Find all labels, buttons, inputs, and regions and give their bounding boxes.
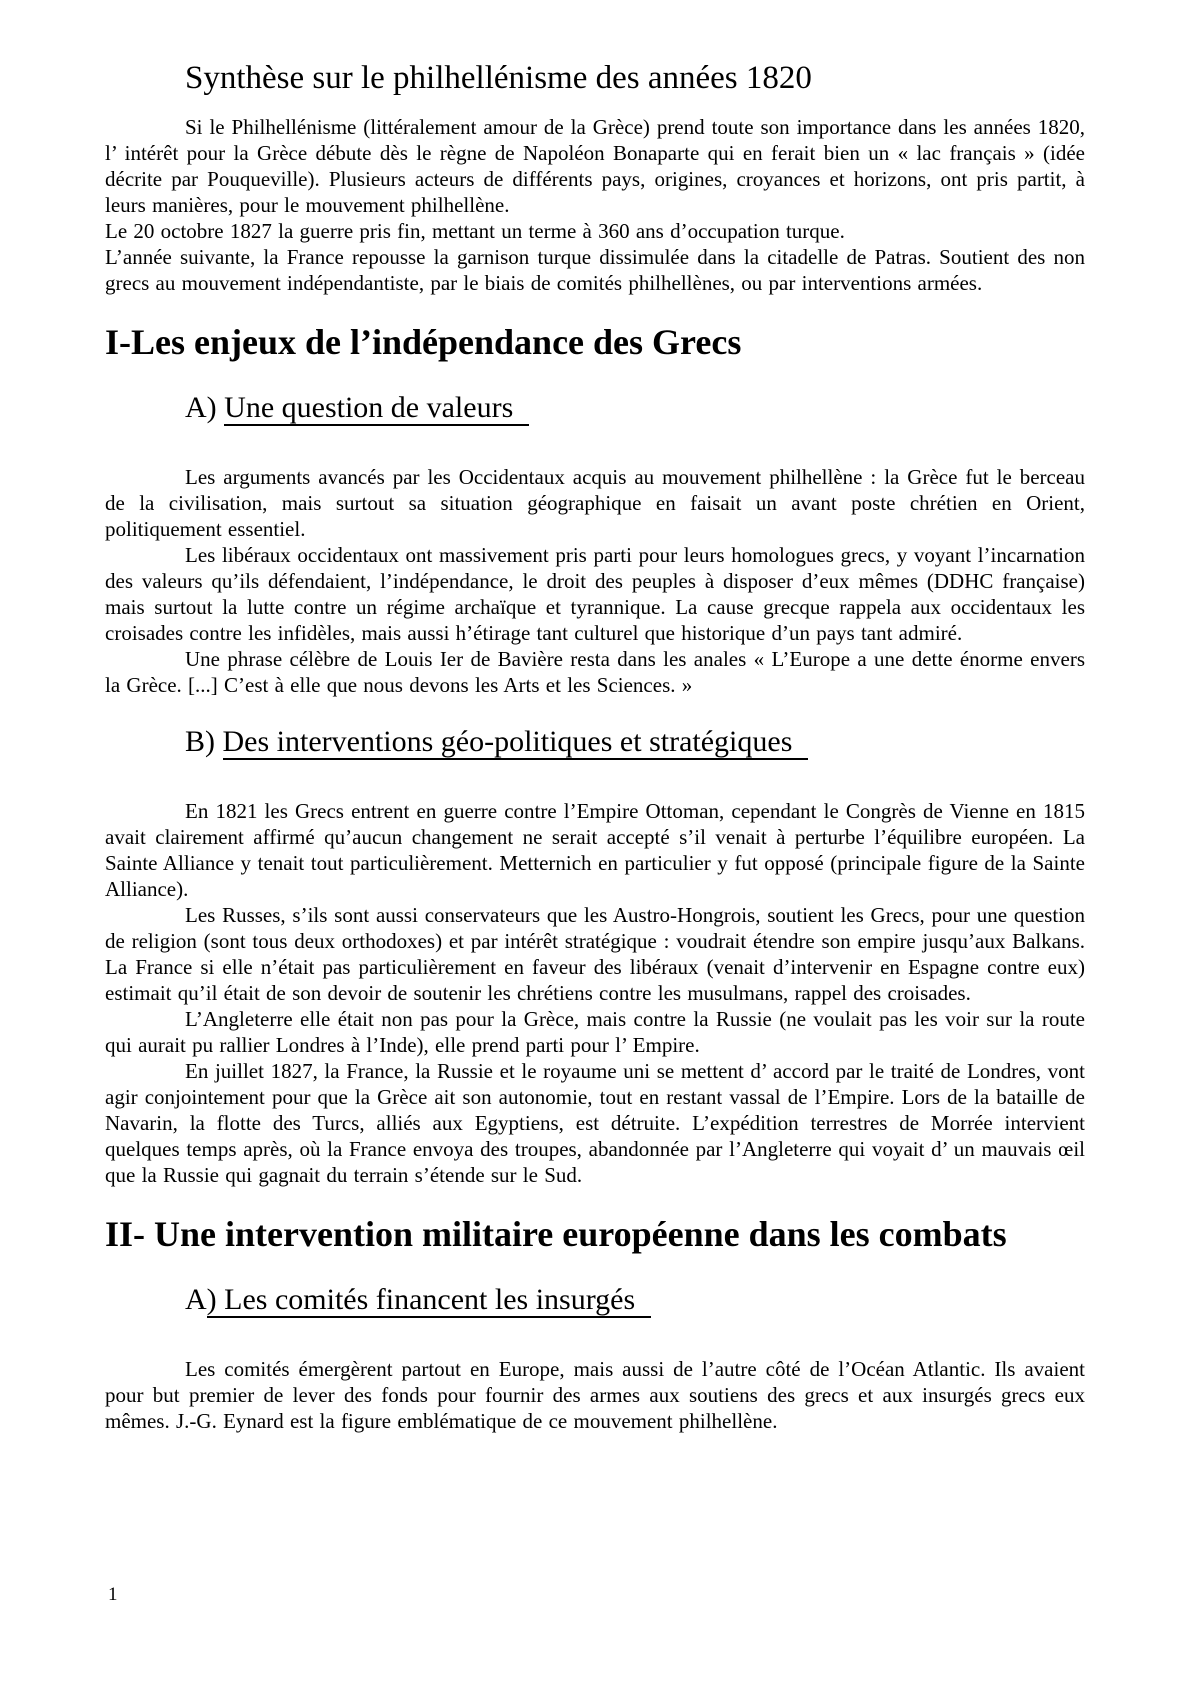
subheading-label: Une question de valeurs [224, 391, 529, 426]
paragraph-intro: Si le Philhellénisme (littéralement amou… [105, 114, 1085, 218]
paragraph-england: L’Angleterre elle était non pas pour la … [105, 1006, 1085, 1058]
paragraph-quote-baviere: Une phrase célèbre de Louis Ier de Baviè… [105, 646, 1085, 698]
subheading-label: ) Les comités financent les insurgés [207, 1283, 652, 1318]
paragraph-treaty-london: En juillet 1827, la France, la Russie et… [105, 1058, 1085, 1188]
document-page: Synthèse sur le philhellénisme des année… [0, 0, 1200, 1698]
paragraph-geopolitics-1: En 1821 les Grecs entrent en guerre cont… [105, 798, 1085, 902]
section2-heading: II- Une intervention militaire européenn… [105, 1212, 1085, 1256]
paragraph-committees: Les comités émergèrent partout en Europe… [105, 1356, 1085, 1434]
subheading-prefix: A) [185, 391, 224, 424]
subheading-prefix: A [185, 1283, 207, 1316]
section1-heading: I-Les enjeux de l’indépendance des Grecs [105, 320, 1085, 364]
paragraph-geopolitics-2: Les Russes, s’ils sont aussi conservateu… [105, 902, 1085, 1006]
subheading-label: Des interventions géo-politiques et stra… [223, 725, 809, 760]
section2-subheading-a: A) Les comités financent les insurgés [185, 1281, 1085, 1319]
subheading-prefix: B) [185, 725, 223, 758]
paragraph-values-1: Les arguments avancés par les Occidentau… [105, 464, 1085, 542]
section1-subheading-b: B) Des interventions géo-politiques et s… [185, 723, 1085, 761]
document-title: Synthèse sur le philhellénisme des année… [185, 58, 1085, 98]
paragraph-values-2: Les libéraux occidentaux ont massivement… [105, 542, 1085, 646]
paragraph-next-year: L’année suivante, la France repousse la … [105, 244, 1085, 296]
section1-subheading-a: A) Une question de valeurs [185, 389, 1085, 427]
paragraph-war-end: Le 20 octobre 1827 la guerre pris fin, m… [105, 218, 1085, 244]
page-number: 1 [108, 1583, 118, 1607]
